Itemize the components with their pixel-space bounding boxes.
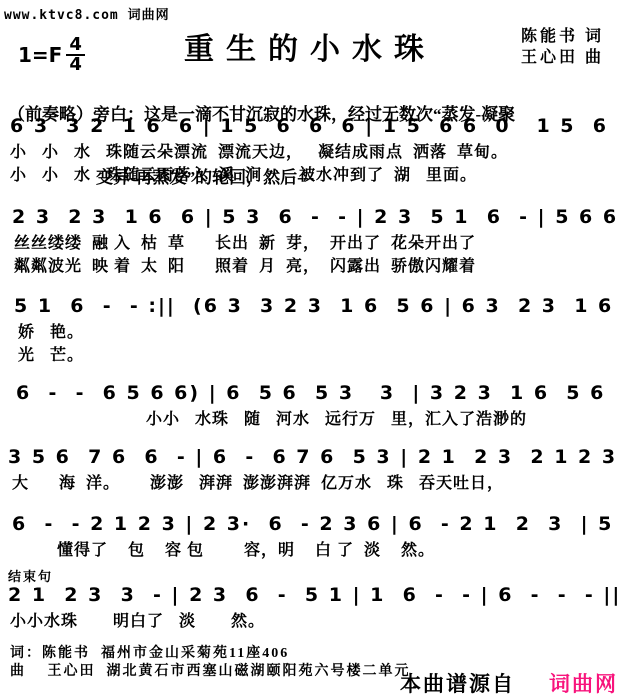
source-site-logo: 词曲网 [549,668,618,698]
meter-numerator: 4 [66,36,85,54]
composer-address: 曲 王心田 湖北黄石市西塞山磁湖颐阳苑六号楼二单元 [10,660,411,680]
lyrics-line: 小小 水珠 随 河水 远行万 里，汇入了浩渺的 [0,410,620,429]
music-system-3: 5 1 6 - - :|| (6 3 3 2 3 1 6 5 6 | 6 3 2… [0,293,620,365]
lyrics-line: 大 海 洋。 澎澎 湃湃 澎澎湃湃 亿万水 珠 吞天吐日， [0,474,620,493]
site-watermark: www.ktvc8.com 词曲网 [4,4,170,23]
music-system-7-coda: 2 1 2 3 3 - | 2 3 6 - 5 1 | 1 6 - - | 6 … [0,582,620,631]
music-system-6: 6 - - 2 1 2 3 | 2 3· 6 - 2 3 6 | 6 - 2 1… [0,511,620,560]
notation-line: 2 1 2 3 3 - | 2 3 6 - 5 1 | 1 6 - - | 6 … [0,582,620,608]
lyrics-verse-2: 光 芒。 [0,346,620,365]
notation-line: 3 5 6 7 6 6 - | 6 - 6 7 6 5 3 | 2 1 2 3 … [0,444,620,470]
music-system-4: 6 - - 6 5 6 6) | 6 5 6 5 3 3 | 3 2 3 1 6… [0,380,620,429]
music-system-5: 3 5 6 7 6 6 - | 6 - 6 7 6 5 3 | 2 1 2 3 … [0,444,620,493]
lyricist-credit: 陈能书 词 [521,26,604,47]
notation-line: 6 3 3 2 1 6 6 | 1 5 6 6 6 | 1 5 6 6 0 1 … [0,113,620,139]
lyrics-verse-1: 娇 艳。 [0,323,620,342]
lyrics-verse-2: 粼粼波光 映 着 太 阳 照着 月 亮， 闪露出 骄傲闪耀着 [0,257,620,276]
notation-line: 6 - - 6 5 6 6) | 6 5 6 5 3 3 | 3 2 3 1 6… [0,380,620,406]
notation-line: 6 - - 2 1 2 3 | 2 3· 6 - 2 3 6 | 6 - 2 1… [0,511,620,537]
lyrics-line: 小小水珠 明白了 淡 然。 [0,612,620,631]
notation-line: 5 1 6 - - :|| (6 3 3 2 3 1 6 5 6 | 6 3 2… [0,293,620,319]
source-attribution-text: 本曲谱源自 [400,668,515,698]
music-system-1: 6 3 3 2 1 6 6 | 1 5 6 6 6 | 1 5 6 6 0 1 … [0,113,620,185]
lyrics-verse-1: 丝丝缕缕 融 入 枯 草 长出 新 芽， 开出了 花朵开出了 [0,234,620,253]
sheet-music-page: www.ktvc8.com 词曲网 1=F 4 4 重生的小水珠 陈能书 词 王… [0,0,620,699]
lyrics-verse-2: 小 小 水 珠随云雨落入 溪 涧 ， 被水冲到了 湖 里面。 [0,166,620,185]
lyrics-verse-1: 小 小 水 珠随云朵漂流 漂流天边， 凝结成雨点 洒落 草甸。 [0,143,620,162]
notation-line: 2 3 2 3 1 6 6 | 5 3 6 - - | 2 3 5 1 6 - … [0,204,620,230]
music-system-2: 2 3 2 3 1 6 6 | 5 3 6 - - | 2 3 5 1 6 - … [0,204,620,276]
lyrics-line: 懂得了 包 容 包 容，明 白 了 淡 然。 [0,541,620,560]
lyricist-address: 词：陈能书 福州市金山采菊苑11座406 [10,642,289,662]
